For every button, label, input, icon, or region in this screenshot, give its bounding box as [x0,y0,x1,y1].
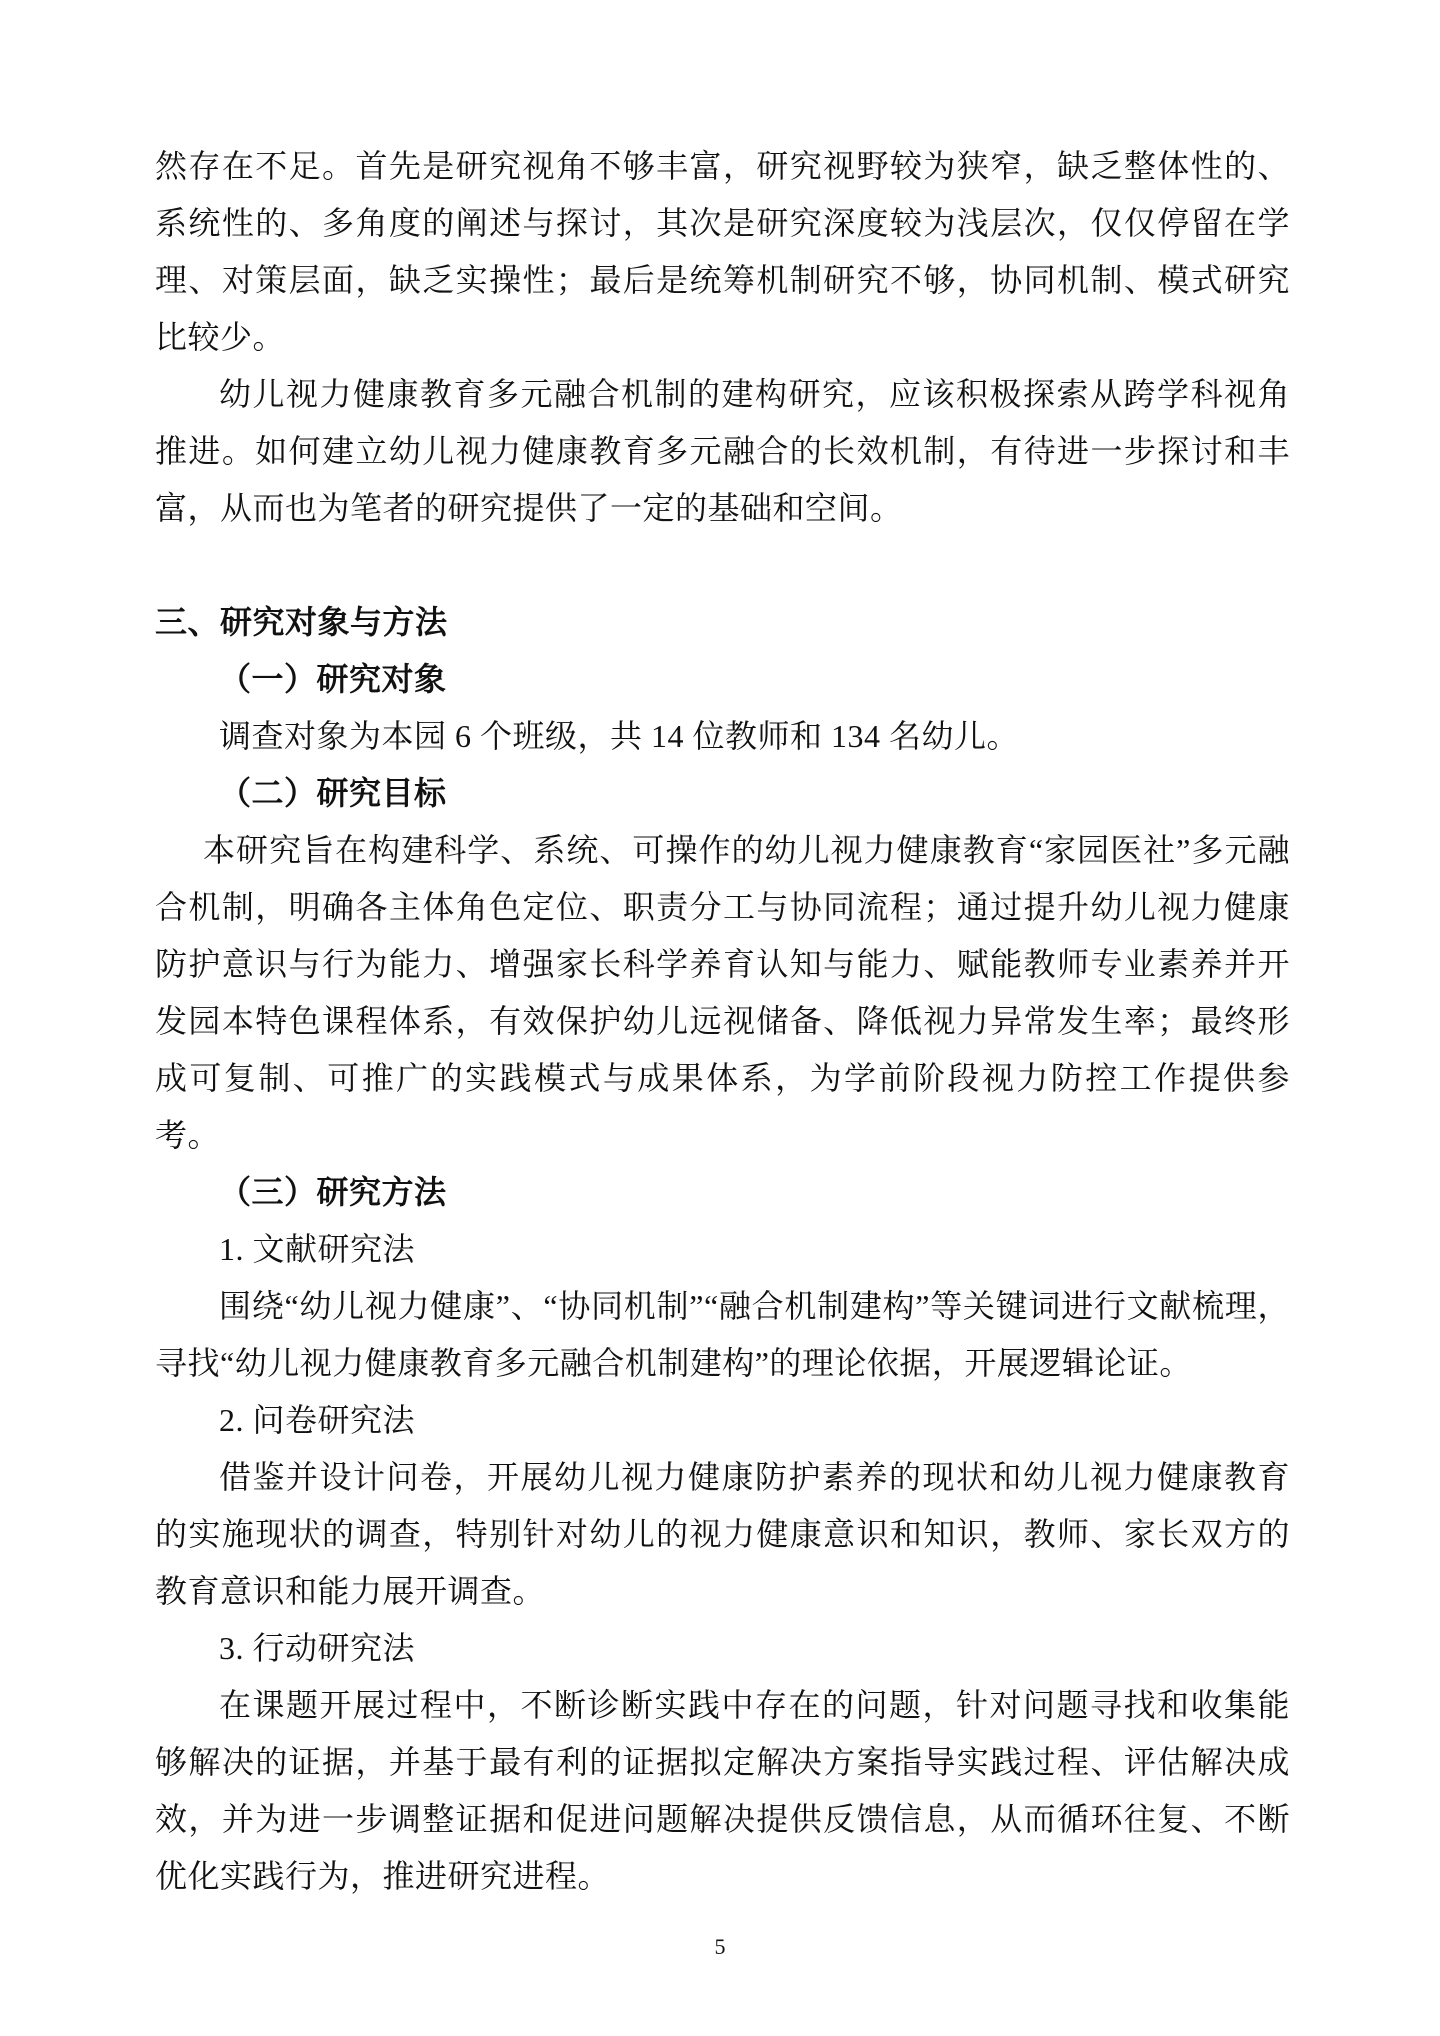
subsection-heading-research-methods: （三）研究方法 [155,1164,1290,1221]
page-footer: 5 [0,1932,1440,1962]
subsection-heading-research-goals: （二）研究目标 [155,765,1290,822]
numbered-item-action-research-method: 3. 行动研究法 [155,1620,1290,1677]
paragraph-literature-method-detail: 围绕“幼儿视力健康”、“协同机制”“融合机制建构”等关键词进行文献梳理，寻找“幼… [155,1278,1290,1392]
paragraph-literature-review-gaps: 然存在不足。首先是研究视角不够丰富，研究视野较为狭窄，缺乏整体性的、系统性的、多… [155,138,1290,366]
numbered-item-literature-method: 1. 文献研究法 [155,1221,1290,1278]
subsection-heading-research-subjects: （一）研究对象 [155,651,1290,708]
paragraph-questionnaire-method-detail: 借鉴并设计问卷，开展幼儿视力健康防护素养的现状和幼儿视力健康教育的实施现状的调查… [155,1449,1290,1620]
page-content: 然存在不足。首先是研究视角不够丰富，研究视野较为狭窄，缺乏整体性的、系统性的、多… [155,138,1290,1905]
numbered-item-questionnaire-method: 2. 问卷研究法 [155,1392,1290,1449]
section-heading-research-subjects-and-methods: 三、研究对象与方法 [155,594,1290,651]
paragraph-survey-subjects: 调查对象为本园 6 个班级，共 14 位教师和 134 名幼儿。 [155,708,1290,765]
paragraph-research-goals: 本研究旨在构建科学、系统、可操作的幼儿视力健康教育“家园医社”多元融合机制，明确… [155,822,1290,1164]
page-number: 5 [715,1934,726,1959]
paragraph-research-basis: 幼儿视力健康教育多元融合机制的建构研究，应该积极探索从跨学科视角推进。如何建立幼… [155,366,1290,537]
paragraph-action-research-method-detail: 在课题开展过程中，不断诊断实践中存在的问题，针对问题寻找和收集能够解决的证据，并… [155,1677,1290,1905]
